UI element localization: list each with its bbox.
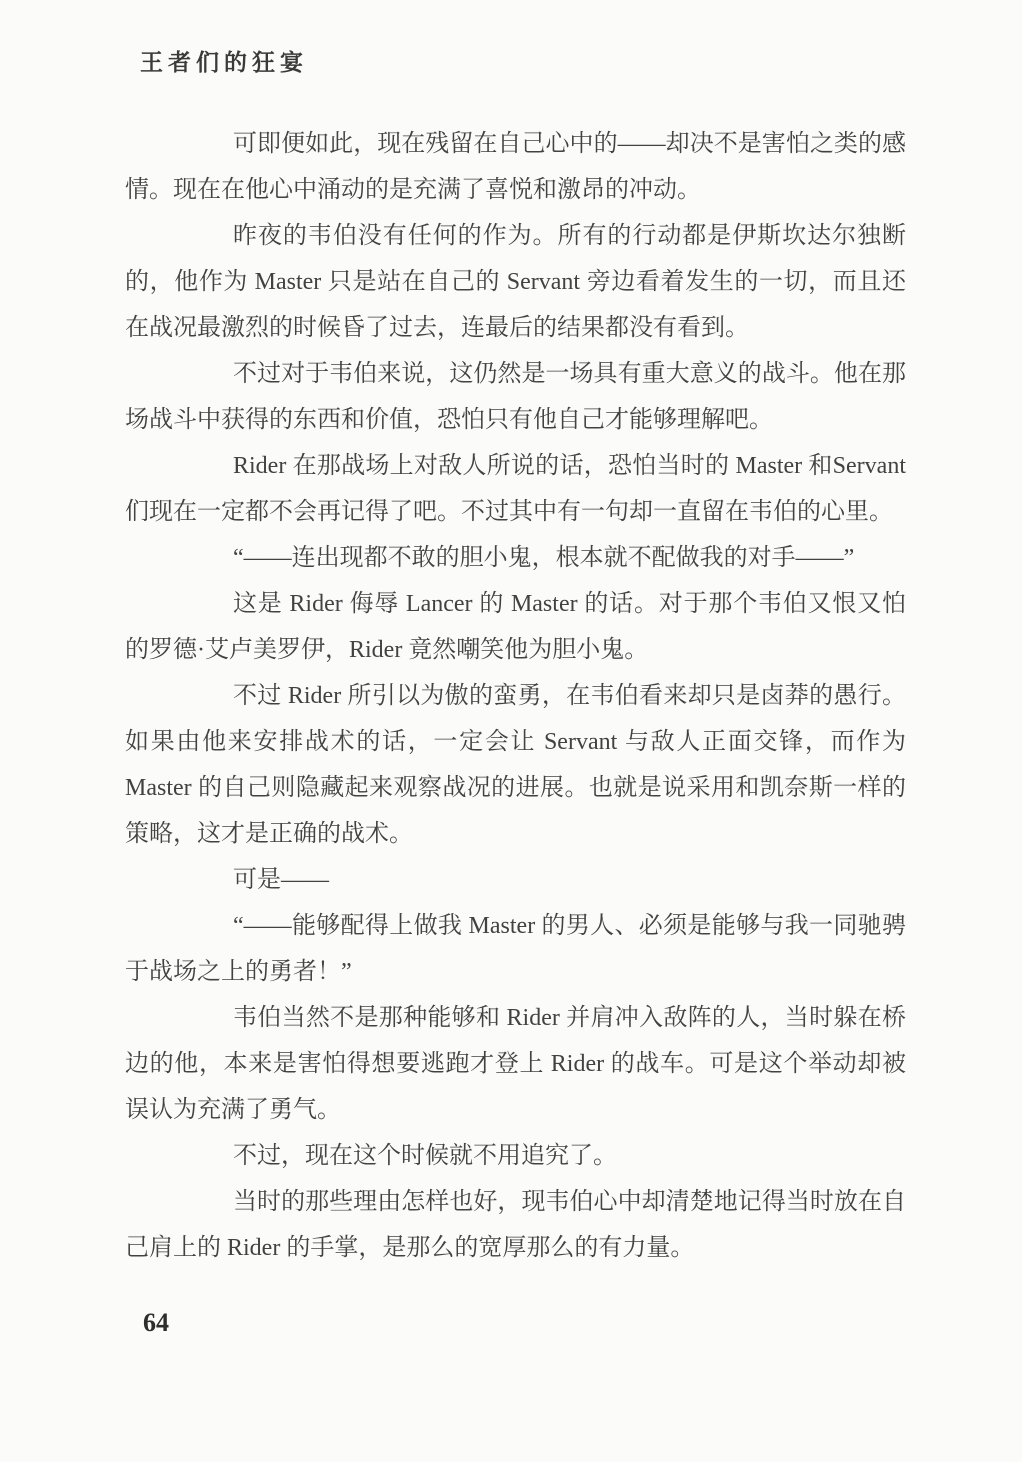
- paragraph: 不过 Rider 所引以为傲的蛮勇，在韦伯看来却只是卤莽的愚行。如果由他来安排战…: [125, 673, 906, 857]
- paragraph-quote: “——能够配得上做我 Master 的男人、必须是能够与我一同驰骋于战场之上的勇…: [125, 903, 906, 995]
- paragraph: 这是 Rider 侮辱 Lancer 的 Master 的话。对于那个韦伯又恨又…: [125, 581, 906, 673]
- running-head-title: 王者们的狂宴: [140, 44, 308, 77]
- body-text: 可即便如此，现在残留在自己心中的——却决不是害怕之类的感情。现在在他心中涌动的是…: [125, 121, 906, 1271]
- paragraph: 昨夜的韦伯没有任何的作为。所有的行动都是伊斯坎达尔独断的，他作为 Master …: [125, 213, 906, 351]
- paragraph: 当时的那些理由怎样也好，现韦伯心中却清楚地记得当时放在自己肩上的 Rider 的…: [125, 1179, 906, 1271]
- paragraph: 可是——: [125, 857, 906, 903]
- paragraph: 不过对于韦伯来说，这仍然是一场具有重大意义的战斗。他在那场战斗中获得的东西和价值…: [125, 351, 906, 443]
- paragraph: 可即便如此，现在残留在自己心中的——却决不是害怕之类的感情。现在在他心中涌动的是…: [125, 121, 906, 213]
- paragraph: 韦伯当然不是那种能够和 Rider 并肩冲入敌阵的人，当时躲在桥边的他，本来是害…: [125, 995, 906, 1133]
- paragraph: Rider 在那战场上对敌人所说的话，恐怕当时的 Master 和Servant…: [125, 443, 906, 535]
- paragraph-quote: “——连出现都不敢的胆小鬼，根本就不配做我的对手——”: [125, 535, 906, 581]
- book-page-scan: 王者们的狂宴 可即便如此，现在残留在自己心中的——却决不是害怕之类的感情。现在在…: [0, 0, 1022, 1462]
- page-number: 64: [143, 1308, 169, 1338]
- paragraph: 不过，现在这个时候就不用追究了。: [125, 1133, 906, 1179]
